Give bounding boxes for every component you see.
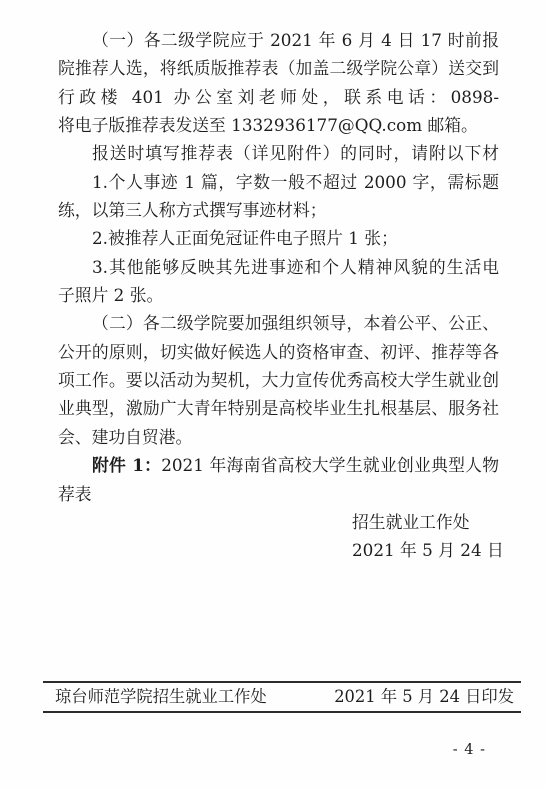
body-line: 报送时填写推荐表（详见附件）的同时，请附以下材料：: [58, 139, 499, 167]
attachment-label: 附件 1：: [92, 455, 161, 475]
body-line: （二）各二级学院要加强组织领导，本着公平、公正、: [58, 309, 499, 337]
body-line: 公开的原则，切实做好候选人的资格审查、初评、推荐等各: [58, 338, 499, 366]
footer-imprint-row: 琼台师范学院招生就业工作处 2021 年 5 月 24 日印发: [55, 685, 514, 709]
body-line: （一）各二级学院应于 2021 年 6 月 4 日 17 时前报送学: [58, 26, 499, 54]
body-line: 院推荐人选，将纸质版推荐表（加盖二级学院公章）送交到: [58, 54, 499, 82]
body-line: 3.其他能够反映其先进事迹和个人精神风貌的生活电: [58, 253, 499, 281]
body-line: 会、建功自贸港。: [58, 423, 499, 451]
attachment-line: 附件 1：2021 年海南省高校大学生就业创业典型人物推: [58, 451, 499, 479]
body-line: 练，以第三人称方式撰写事迹材料；: [58, 196, 499, 224]
signoff-org: 招生就业工作处: [352, 508, 499, 536]
document-page: （一）各二级学院应于 2021 年 6 月 4 日 17 时前报送学 院推荐人选…: [0, 0, 546, 788]
body-line: 业典型，激励广大青年特别是高校毕业生扎根基层、服务社: [58, 394, 499, 422]
footer-rule-top: [43, 681, 521, 683]
body-line: 子照片 2 张。: [58, 281, 499, 309]
body-line: 2.被推荐人正面免冠证件电子照片 1 张；: [58, 224, 499, 252]
page-number: - 4 -: [453, 742, 486, 758]
body-line: 项工作。要以活动为契机，大力宣传优秀高校大学生就业创: [58, 366, 499, 394]
attachment-line-continued: 荐表: [58, 480, 499, 508]
body-line: 1.个人事迹 1 篇，字数一般不超过 2000 字，需标题凝: [58, 168, 499, 196]
footer-issuer: 琼台师范学院招生就业工作处: [55, 685, 267, 709]
body-line: 行政楼 401 办公室刘老师处，联系电话：0898-65905225。: [58, 83, 499, 111]
footer-print-date: 2021 年 5 月 24 日印发: [334, 685, 514, 709]
signoff-date: 2021 年 5 月 24 日: [352, 536, 499, 564]
body-line: 将电子版推荐表发送至 1332936177@QQ.com 邮箱。: [58, 111, 499, 139]
footer-rule-bottom: [43, 711, 521, 713]
document-body: （一）各二级学院应于 2021 年 6 月 4 日 17 时前报送学 院推荐人选…: [58, 26, 499, 565]
